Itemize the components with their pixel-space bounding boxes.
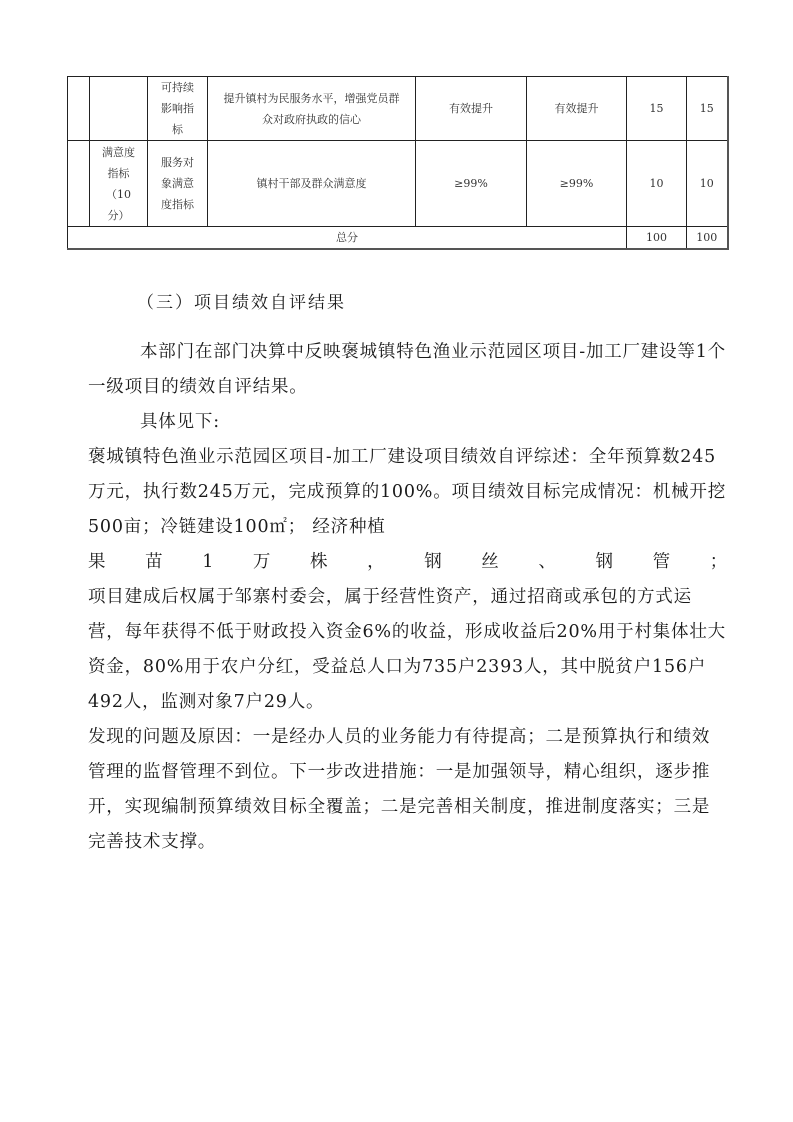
level2-cell [90, 77, 148, 141]
level1-cell [68, 77, 90, 141]
weight-cell: 15 [627, 77, 687, 141]
score-cell: 10 [687, 141, 728, 227]
actual-value-cell: ≥99% [527, 141, 627, 227]
intro-block: 本部门在部门决算中反映褒城镇特色渔业示范园区项目-加工厂建设等1个一级项目的绩效… [88, 335, 728, 440]
summary-paragraph: 褒城镇特色渔业示范园区项目-加工厂建设项目绩效自评综述：全年预算数245万元，执… [88, 440, 728, 545]
score-cell: 15 [687, 77, 728, 141]
weight-cell: 10 [627, 141, 687, 227]
total-score: 100 [687, 227, 728, 250]
performance-indicator-table: 可持续影响指标 提升镇村为民服务水平，增强党员群众对政府执政的信心 有效提升 有… [67, 76, 729, 250]
target-value-cell: 有效提升 [416, 77, 527, 141]
table-row: 满意度指标（10分） 服务对象满意度指标 镇村干部及群众满意度 ≥99% ≥99… [68, 141, 728, 227]
level1-cell [68, 141, 90, 227]
level3-cell: 服务对象满意度指标 [148, 141, 208, 227]
issues-paragraph: 发现的问题及原因：一是经办人员的业务能力有待提高；二是预算执行和绩效管理的监督管… [88, 720, 728, 860]
level3-cell: 可持续影响指标 [148, 77, 208, 141]
indicator-content-cell: 提升镇村为民服务水平，增强党员群众对政府执政的信心 [208, 77, 416, 141]
table-row: 可持续影响指标 提升镇村为民服务水平，增强党员群众对政府执政的信心 有效提升 有… [68, 77, 728, 141]
section-heading: （三）项目绩效自评结果 [137, 288, 346, 313]
summary-paragraph-spread: 果苗1万株，钢丝、钢管； [88, 545, 728, 580]
target-value-cell: ≥99% [416, 141, 527, 227]
indicator-content-cell: 镇村干部及群众满意度 [208, 141, 416, 227]
total-weight: 100 [627, 227, 687, 250]
benefit-paragraph: 项目建成后权属于邹寨村委会，属于经营性资产，通过招商或承包的方式运营，每年获得不… [88, 580, 728, 720]
total-row: 总分 100 100 [68, 227, 728, 250]
summary-block: 褒城镇特色渔业示范园区项目-加工厂建设项目绩效自评综述：全年预算数245万元，执… [88, 440, 728, 860]
see-below-text: 具体见下: [88, 405, 728, 440]
actual-value-cell: 有效提升 [527, 77, 627, 141]
total-label: 总分 [68, 227, 627, 250]
intro-paragraph: 本部门在部门决算中反映褒城镇特色渔业示范园区项目-加工厂建设等1个一级项目的绩效… [88, 335, 728, 405]
level2-cell: 满意度指标（10分） [90, 141, 148, 227]
